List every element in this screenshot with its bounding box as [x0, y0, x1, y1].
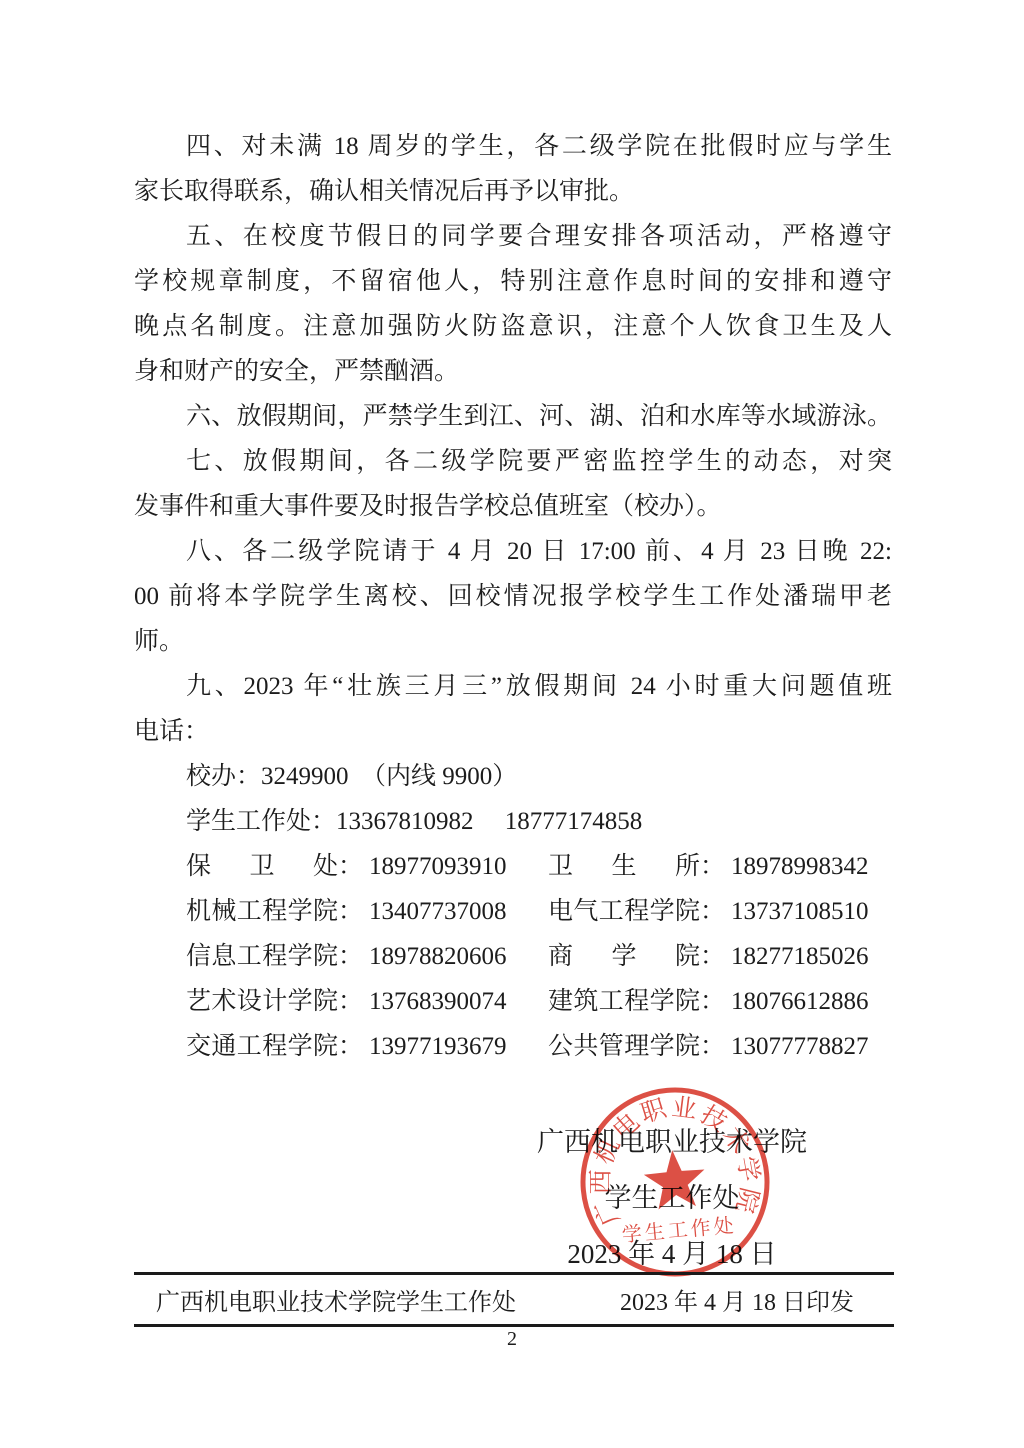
phone-number: 13367810982 18777174858	[336, 808, 642, 835]
notice-line: 家长取得联系，确认相关情况后再予以审批。	[134, 169, 892, 214]
phone-label: 艺术设计学院	[186, 979, 338, 1024]
colon: ：	[700, 1033, 725, 1060]
notice-line: 师。	[134, 619, 892, 664]
phone-number: 13077778827	[731, 1033, 869, 1060]
phone-number: 18076612886	[731, 988, 869, 1015]
notice-line: 发事件和重大事件要及时报告学校总值班室（校办）。	[134, 484, 892, 529]
phone-cell: 公共管理学院：13077778827	[548, 1024, 900, 1069]
phone-cell: 交通工程学院：13977193679	[186, 1024, 538, 1069]
phone-number: 3249900 （内线 9900）	[261, 763, 517, 790]
phone-row: 艺术设计学院：13768390074 建筑工程学院：18076612886	[134, 979, 892, 1024]
phone-number: 18977093910	[369, 853, 507, 880]
phone-label: 机械工程学院	[186, 889, 338, 934]
colon: ：	[311, 808, 336, 835]
phone-label: 建筑工程学院	[548, 979, 700, 1024]
notice-line: 学校规章制度，不留宿他人，特别注意作息时间的安排和遵守	[134, 259, 892, 304]
colon: ：	[700, 898, 725, 925]
phone-line-school-office: 校办：3249900 （内线 9900）	[134, 754, 892, 799]
notice-line: 身和财产的安全，严禁酗酒。	[134, 349, 892, 394]
phone-cell: 建筑工程学院：18076612886	[548, 979, 900, 1024]
phone-label: 商学院	[548, 934, 700, 979]
phone-number: 13977193679	[369, 1033, 507, 1060]
phone-number: 18277185026	[731, 943, 869, 970]
phone-label: 信息工程学院	[186, 934, 338, 979]
document-page: 四、对未满 18 周岁的学生，各二级学院在批假时应与学生 家长取得联系，确认相关…	[0, 0, 1024, 1448]
phone-row: 机械工程学院：13407737008 电气工程学院：13737108510	[134, 889, 892, 934]
phone-cell: 艺术设计学院：13768390074	[186, 979, 538, 1024]
phone-cell: 商学院：18277185026	[548, 934, 900, 979]
phone-cell: 信息工程学院：18978820606	[186, 934, 538, 979]
notice-line: 四、对未满 18 周岁的学生，各二级学院在批假时应与学生	[134, 124, 892, 169]
phone-cell: 保卫处：18977093910	[186, 844, 538, 889]
page-number: 2	[0, 1328, 1024, 1351]
phone-cell: 机械工程学院：13407737008	[186, 889, 538, 934]
notice-line: 晚点名制度。注意加强防火防盗意识，注意个人饮食卫生及人	[134, 304, 892, 349]
phone-label: 交通工程学院	[186, 1024, 338, 1069]
phone-row: 保卫处：18977093910 卫生所：18978998342	[134, 844, 892, 889]
footer-print-date: 2023 年 4 月 18 日印发	[620, 1283, 854, 1323]
phone-label: 公共管理学院	[548, 1024, 700, 1069]
notice-line: 六、放假期间，严禁学生到江、河、湖、泊和水库等水域游泳。	[134, 394, 892, 439]
colon: ：	[338, 1033, 363, 1060]
colon: ：	[338, 988, 363, 1015]
colon: ：	[338, 898, 363, 925]
notice-line: 五、在校度节假日的同学要合理安排各项活动，严格遵守	[134, 214, 892, 259]
phone-label: 卫生所	[548, 844, 700, 889]
phone-label: 电气工程学院	[548, 889, 700, 934]
colon: ：	[700, 943, 725, 970]
phone-line-student-affairs: 学生工作处：13367810982 18777174858	[134, 799, 892, 844]
phone-number: 13768390074	[369, 988, 507, 1015]
signature-org: 广西机电职业技术学院	[452, 1114, 892, 1170]
phone-cell: 卫生所：18978998342	[548, 844, 900, 889]
colon: ：	[236, 763, 261, 790]
footer-row: 广西机电职业技术学院学生工作处 2023 年 4 月 18 日印发	[134, 1283, 894, 1323]
phone-number: 13737108510	[731, 898, 869, 925]
notice-body: 四、对未满 18 周岁的学生，各二级学院在批假时应与学生 家长取得联系，确认相关…	[134, 124, 892, 1069]
phone-row: 交通工程学院：13977193679 公共管理学院：13077778827	[134, 1024, 892, 1069]
footer-issuing-dept: 广西机电职业技术学院学生工作处	[156, 1283, 516, 1323]
colon: ：	[700, 988, 725, 1015]
notice-line: 00 前将本学院学生离校、回校情况报学校学生工作处潘瑞甲老	[134, 574, 892, 619]
footer-bottom-rule	[134, 1324, 894, 1327]
notice-line: 电话：	[134, 709, 892, 754]
notice-line: 九、2023 年“壮族三月三”放假期间 24 小时重大问题值班	[134, 664, 892, 709]
phone-number: 13407737008	[369, 898, 507, 925]
signature-block: 广西机电职业技术学院 学生工作处 2023 年 4 月 18 日	[452, 1114, 892, 1282]
phone-number: 18978820606	[369, 943, 507, 970]
phone-label: 校办	[186, 763, 236, 790]
colon: ：	[700, 853, 725, 880]
phone-label: 保卫处	[186, 844, 338, 889]
notice-line: 七、放假期间，各二级学院要严密监控学生的动态，对突	[134, 439, 892, 484]
footer-top-rule	[134, 1272, 894, 1275]
phone-row: 信息工程学院：18978820606 商学院：18277185026	[134, 934, 892, 979]
phone-label: 学生工作处	[186, 808, 311, 835]
colon: ：	[338, 943, 363, 970]
phone-number: 18978998342	[731, 853, 869, 880]
notice-line: 八、各二级学院请于 4 月 20 日 17:00 前、4 月 23 日晚 22:	[134, 529, 892, 574]
signature-dept: 学生工作处	[452, 1170, 892, 1226]
phone-cell: 电气工程学院：13737108510	[548, 889, 900, 934]
colon: ：	[338, 853, 363, 880]
